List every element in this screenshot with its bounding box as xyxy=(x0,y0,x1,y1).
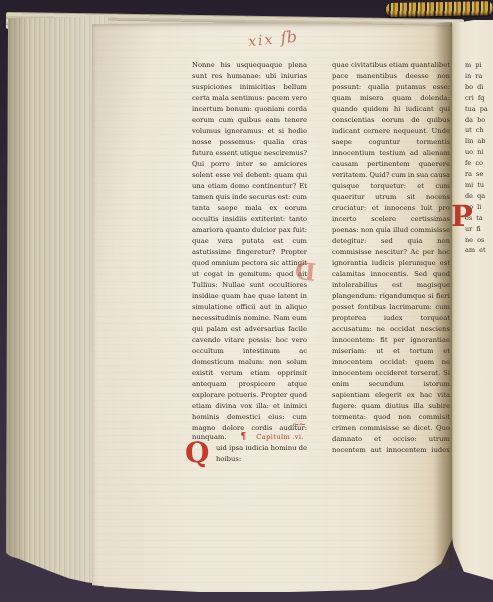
next-leaf-clipped-text: m pi in ra bo di cri fq tua pa da bo ut … xyxy=(465,60,491,462)
next-leaf-sliver: m pi in ra bo di cri fq tua pa da bo ut … xyxy=(450,20,493,580)
capitulum-mark: ¶ xyxy=(241,432,247,443)
gutter-fold-shadow xyxy=(434,22,452,570)
book-number-flourish: ſb xyxy=(280,27,298,47)
book-number-text: xix xyxy=(248,32,276,50)
text-column-right: quae civitatibus etiam quantalibet pace … xyxy=(332,60,450,458)
left-column-body: Nonne his usquequaque plena sunt res hum… xyxy=(192,60,307,432)
headband-stitching xyxy=(386,1,493,17)
chapter-heading: Capitulm .vi. xyxy=(256,432,304,443)
manuscript-page: xix ſb Nonne his usquequaque plena sunt … xyxy=(92,22,452,592)
book-photo: m pi in ra bo di cri fq tua pa da bo ut … xyxy=(0,0,493,602)
incipit-text: uid ipsa iudicia hominu de hoibus: xyxy=(216,443,307,465)
red-offset-initial-d: D xyxy=(294,259,317,285)
next-leaf-initial-p: P xyxy=(451,202,473,231)
red-line-filler: ~~ xyxy=(292,421,305,430)
right-column-body: quae civitatibus etiam quantalibet pace … xyxy=(332,60,450,452)
red-initial-q: Q xyxy=(185,439,209,467)
text-column-left: Nonne his usquequaque plena sunt res hum… xyxy=(192,60,307,470)
chapter-incipit-line: Q uid ipsa iudicia hominu de hoibus: xyxy=(192,443,307,473)
